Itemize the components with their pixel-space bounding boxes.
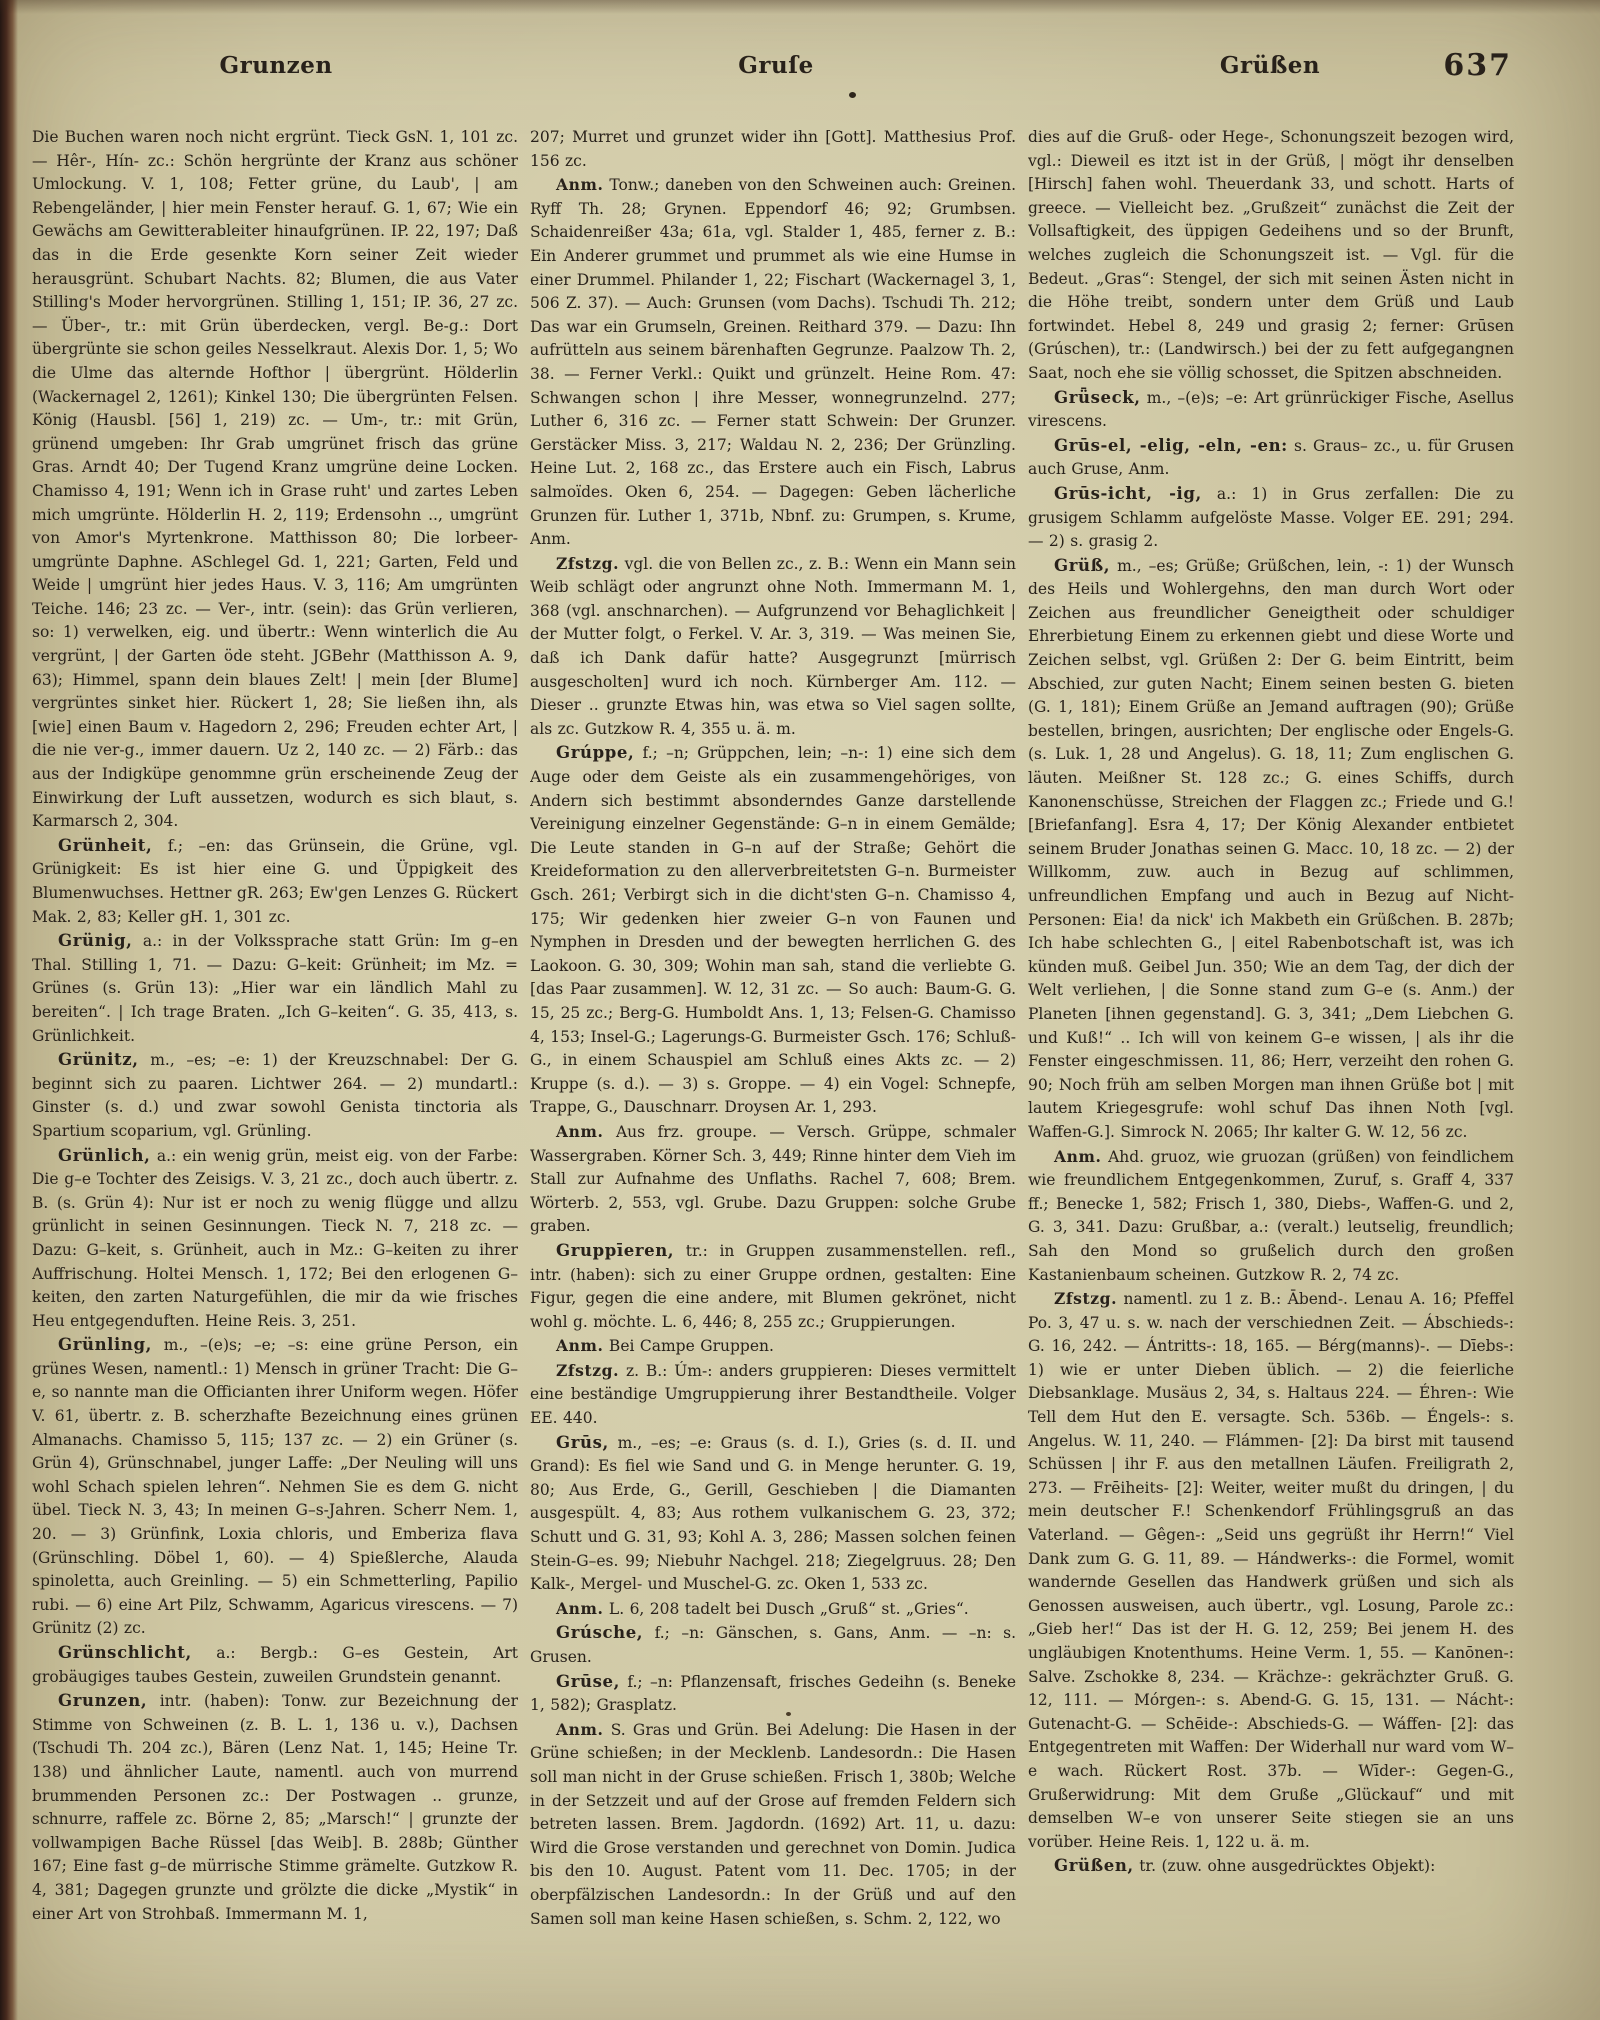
anm-gruppieren: Anm. Bei Campe Gruppen.: [530, 1334, 1016, 1359]
headword: Grüßen,: [1054, 1856, 1134, 1875]
headword: Grūs-icht, -ig,: [1054, 484, 1202, 503]
dictionary-page: Grunzen Gruſe Grüßen 637 Die Buchen ware…: [0, 0, 1600, 2020]
entry-gruss: Grüß, m., –es; Grüße; Grüßchen, lein, -:…: [1028, 554, 1514, 1145]
entry-gruesel: Grūs-el, -elig, -eln, -en: s. Graus– zc.…: [1028, 434, 1514, 482]
column-2: 207; Murret und grunzet wider ihn [Gott]…: [530, 126, 1016, 1934]
zfstzg-gruppieren: Zfstzg. z. B.: Úm-: anders gruppieren: D…: [530, 1359, 1016, 1431]
headword: Grünling,: [58, 1335, 152, 1354]
section-label: Anm.: [556, 1720, 604, 1739]
binding-gutter-shadow: [0, 0, 18, 2020]
headword: Grüß,: [1054, 556, 1110, 575]
text-columns: Die Buchen waren noch nicht ergrünt. Tie…: [32, 126, 1514, 1934]
anm-gruppe: Anm. Aus frz. groupe. — Versch. Grüppe, …: [530, 1120, 1016, 1239]
paper-speck: [849, 92, 856, 98]
section-label: Anm.: [556, 1122, 604, 1141]
section-label: Anm.: [556, 1599, 604, 1618]
anm-gruse: Anm. S. Gras und Grün. Bei Adelung: Die …: [530, 1718, 1016, 1931]
page-number: 637: [1400, 48, 1512, 83]
entry-gruenitz: Grünitz, m., –es; –e: 1) der Kreuzschnab…: [32, 1048, 518, 1143]
entry-gruenheit: Grünheit, f.; –en: das Grünsein, die Grü…: [32, 834, 518, 929]
headword: Grunzen,: [58, 1691, 147, 1710]
continuation-grunzen: 207; Murret und grunzet wider ihn [Gott]…: [530, 126, 1016, 173]
headword: Grünig,: [58, 931, 133, 950]
section-label: Zfstzg.: [556, 554, 619, 573]
headword: Grünschlicht,: [58, 1643, 192, 1662]
entry-grusche: Grúsche, f.; –n: Gänschen, s. Gans, Anm.…: [530, 1621, 1016, 1669]
section-label: Anm.: [556, 175, 604, 194]
column-1: Die Buchen waren noch nicht ergrünt. Tie…: [32, 126, 518, 1934]
headword: Grünlich,: [58, 1146, 151, 1165]
headword: Gruppīeren,: [556, 1241, 674, 1260]
headword: Grūse,: [556, 1672, 620, 1691]
anm-grus: Anm. L. 6, 208 tadelt bei Dusch „Gruß“ s…: [530, 1597, 1016, 1622]
entry-gruseck: Grǖseck, m., –(e)s; –e: Art grünrückiger…: [1028, 386, 1514, 434]
headword: Grünheit,: [58, 836, 152, 855]
headword: Grūs-el, -elig, -eln, -en:: [1054, 436, 1288, 455]
anm-gruss: Anm. Ahd. gruoz, wie gruozan (grüßen) vo…: [1028, 1145, 1514, 1288]
headword: Grūs,: [556, 1433, 609, 1452]
headword: Grúppe,: [556, 743, 634, 762]
running-head-left: Grunzen: [32, 52, 520, 79]
section-label: Anm.: [1054, 1147, 1102, 1166]
entry-grunzen: Grunzen, intr. (haben): Tonw. zur Bezeic…: [32, 1689, 518, 1926]
entry-gruessen: Grüßen, tr. (zuw. ohne ausgedrücktes Obj…: [1028, 1854, 1514, 1879]
running-head-center: Gruſe: [532, 52, 1020, 79]
headword: Grünitz,: [58, 1050, 139, 1069]
page-top-shadow: [0, 0, 1600, 14]
section-label: Zfstzg.: [556, 1361, 619, 1380]
continuation-gruenen: Die Buchen waren noch nicht ergrünt. Tie…: [32, 126, 518, 834]
entry-gruse: Grūse, f.; –n: Pflanzensaft, frisches Ge…: [530, 1670, 1016, 1718]
entry-gruppe: Grúppe, f.; –n; Grüppchen, lein; –n-: 1)…: [530, 741, 1016, 1120]
entry-gruenig: Grünig, a.: in der Volkssprache statt Gr…: [32, 929, 518, 1048]
continuation-gruse: dies auf die Gruß- oder Hege-, Schonungs…: [1028, 126, 1514, 386]
headword: Grǖseck,: [1054, 388, 1141, 407]
running-head: Grunzen Gruſe Grüßen 637: [0, 52, 1600, 86]
section-label: Anm.: [556, 1336, 604, 1355]
entry-gruenlich: Grünlich, a.: ein wenig grün, meist eig.…: [32, 1144, 518, 1334]
headword: Grúsche,: [556, 1623, 643, 1642]
section-label: Zfstzg.: [1054, 1289, 1117, 1308]
column-3: dies auf die Gruß- oder Hege-, Schonungs…: [1028, 126, 1514, 1934]
entry-gruenschlicht: Grünschlicht, a.: Bergb.: G–es Gestein, …: [32, 1641, 518, 1689]
entry-gruenling: Grünling, m., –(e)s; –e; –s: eine grüne …: [32, 1333, 518, 1641]
entry-grus: Grūs, m., –es; –e: Graus (s. d. I.), Gri…: [530, 1431, 1016, 1597]
zfstzg-gruss: Zfstzg. namentl. zu 1 z. B.: Ābend-. Len…: [1028, 1287, 1514, 1854]
entry-gruppieren: Gruppīeren, tr.: in Gruppen zusammenstel…: [530, 1239, 1016, 1334]
anm-grunzen: Anm. Tonw.; daneben von den Schweinen au…: [530, 173, 1016, 552]
entry-gruesicht: Grūs-icht, -ig, a.: 1) in Grus zerfallen…: [1028, 482, 1514, 554]
zfstzg-grunzen: Zfstzg. vgl. die von Bellen zc., z. B.: …: [530, 552, 1016, 742]
